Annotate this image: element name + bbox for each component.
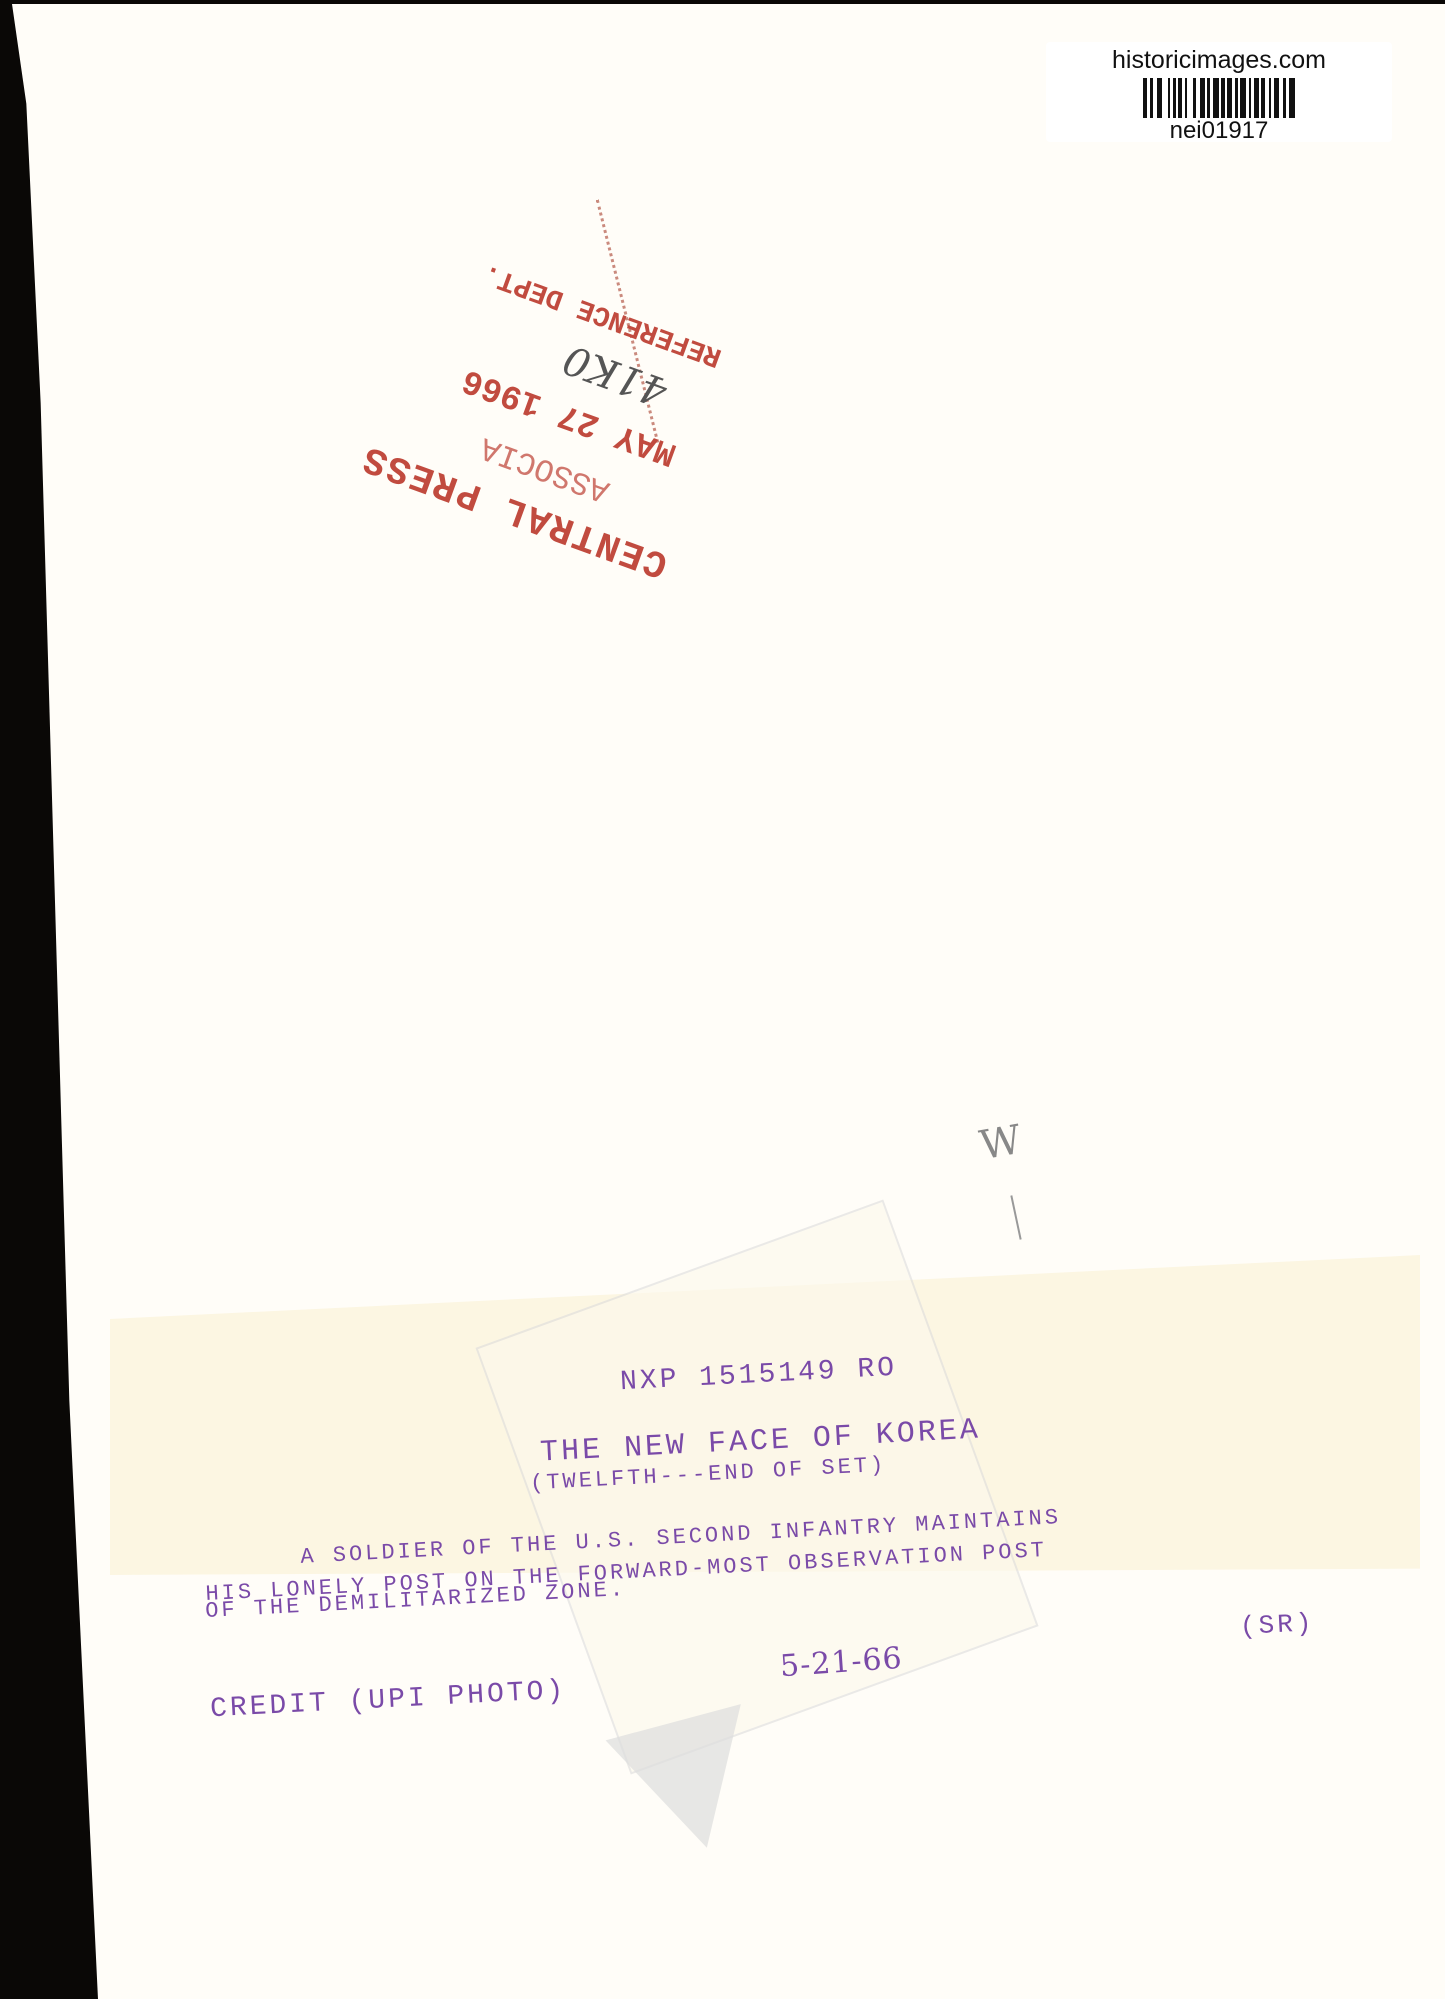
- central-press-stamp: CENTRAL PRESS ASSOCIA MAY 27 1966 REFERE…: [360, 200, 760, 580]
- barcode-site-text: historicimages.com: [1046, 46, 1392, 74]
- caption-initials: (SR): [1239, 1608, 1315, 1642]
- barcode-icon: [1099, 78, 1339, 118]
- pencil-mark: W: [976, 1117, 1024, 1169]
- barcode-label: historicimages.com nei01917: [1046, 42, 1392, 142]
- barcode-id-text: nei01917: [1046, 118, 1392, 144]
